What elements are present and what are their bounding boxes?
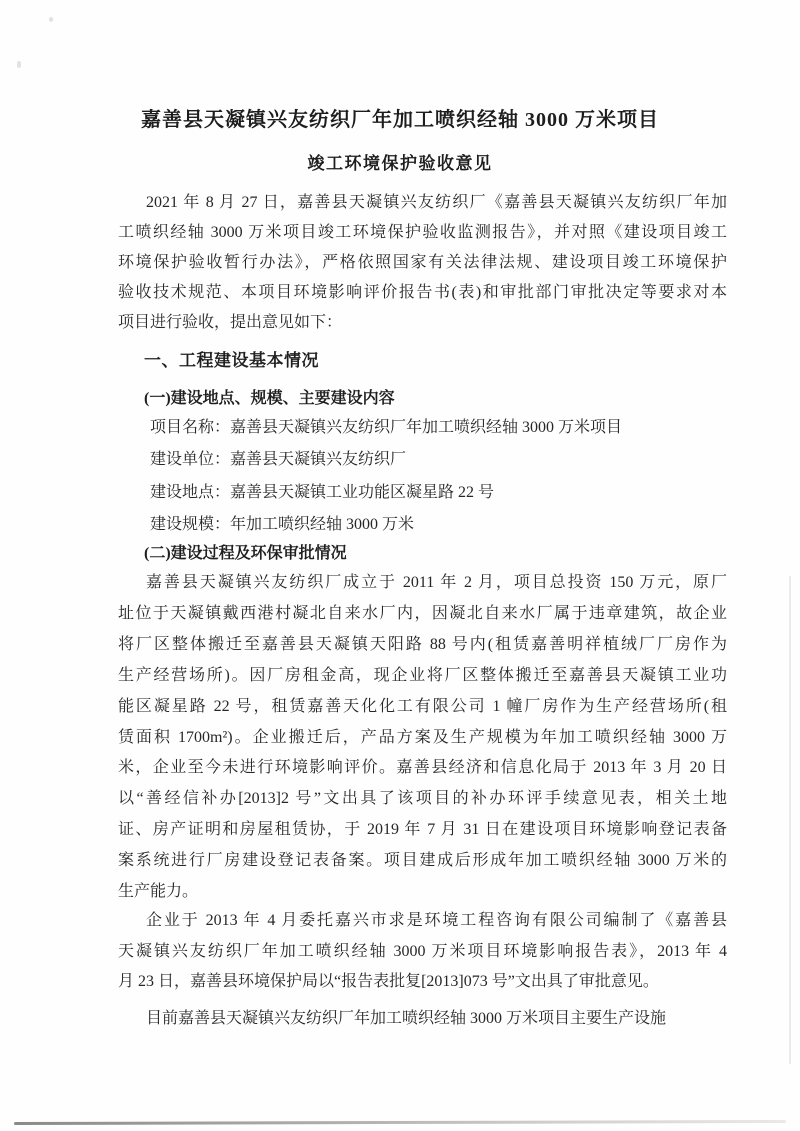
project-info-list: 项目名称：嘉善县天凝镇兴友纺织厂年加工喷织经轴 3000 万米项目建设单位：嘉善… xyxy=(118,412,759,542)
text-line: 生产经营场所)。因厂房租金高，现企业将厂区整体搬迁至嘉善县天凝镇工业功 xyxy=(118,661,727,692)
text-line: 赁面积 1700m²)。企业搬迁后，产品方案及生产规模为年加工喷织经轴 3000… xyxy=(118,723,727,754)
text-line: 证、房产证明和房屋租赁协，于 2019 年 7 月 31 日在建设项目环境影响登… xyxy=(118,815,727,846)
text-line: 嘉善县天凝镇兴友纺织厂成立于 2011 年 2 月，项目总投资 150 万元，原… xyxy=(118,568,727,599)
section-heading-basic-construction: 一、工程建设基本情况 xyxy=(118,346,753,371)
subsection-heading-location-scale: (一)建设地点、规模、主要建设内容 xyxy=(118,385,753,408)
scan-edge-right xyxy=(789,576,791,1064)
text-line: 址位于天凝镇戴西港村凝北自来水厂内，因凝北自来水厂属于违章建筑，故企业 xyxy=(118,599,727,630)
text-line: 建设单位：嘉善县天凝镇兴友纺织厂 xyxy=(150,444,759,476)
subsection-heading-process-approval: (二)建设过程及环保审批情况 xyxy=(118,540,753,563)
document-page: 嘉善县天凝镇兴友纺织厂年加工喷织经轴 3000 万米项目 竣工环境保护验收意见 … xyxy=(0,0,800,1131)
scan-edge-bottom xyxy=(14,1120,786,1125)
text-line: 建设规模：年加工喷织经轴 3000 万米 xyxy=(150,509,759,541)
text-line: 能区凝星路 22 号，租赁嘉善天化化工有限公司 1 幢厂房作为生产经营场所(租 xyxy=(118,692,727,723)
scan-speck xyxy=(49,17,53,22)
text-line: 案系统进行厂房建设登记表备案。项目建成后形成年加工喷织经轴 3000 万米的 xyxy=(118,846,727,877)
text-line: 米，企业至今未进行环境影响评价。嘉善县经济和信息化局于 2013 年 3 月 2… xyxy=(118,753,727,784)
text-line: 2021 年 8 月 27 日，嘉善县天凝镇兴友纺织厂《嘉善县天凝镇兴友纺织厂年… xyxy=(118,188,727,218)
text-line: 将厂区整体搬迁至嘉善县天凝镇天阳路 88 号内(租赁嘉善明祥植绒厂厂房作为 xyxy=(118,630,727,661)
text-line: 项目名称：嘉善县天凝镇兴友纺织厂年加工喷织经轴 3000 万米项目 xyxy=(150,412,759,444)
text-line: 目前嘉善县天凝镇兴友纺织厂年加工喷织经轴 3000 万米项目主要生产设施 xyxy=(118,1004,727,1034)
text-line: 建设地点：嘉善县天凝镇工业功能区凝星路 22 号 xyxy=(150,477,759,509)
text-line: 生产能力。 xyxy=(118,877,727,908)
production-facility-paragraph: 目前嘉善县天凝镇兴友纺织厂年加工喷织经轴 3000 万米项目主要生产设施 xyxy=(118,1004,727,1034)
eia-approval-paragraph: 企业于 2013 年 4 月委托嘉兴市求是环境工程咨询有限公司编制了《嘉善县天凝… xyxy=(118,906,727,998)
intro-paragraph: 2021 年 8 月 27 日，嘉善县天凝镇兴友纺织厂《嘉善县天凝镇兴友纺织厂年… xyxy=(118,188,727,338)
text-line: 月 23 日，嘉善县环境保护局以“报告表批复[2013]073 号”文出具了审批… xyxy=(118,967,727,998)
document-subtitle: 竣工环境保护验收意见 xyxy=(0,149,800,174)
text-line: 环境保护验收暂行办法》，严格依照国家有关法律法规、建设项目竣工环境保护 xyxy=(118,248,727,278)
text-line: 工喷织经轴 3000 万米项目竣工环境保护验收监测报告》，并对照《建设项目竣工 xyxy=(118,218,727,248)
construction-process-paragraph: 嘉善县天凝镇兴友纺织厂成立于 2011 年 2 月，项目总投资 150 万元，原… xyxy=(118,568,727,908)
document-title: 嘉善县天凝镇兴友纺织厂年加工喷织经轴 3000 万米项目 xyxy=(0,103,800,132)
text-line: 项目进行验收，提出意见如下： xyxy=(118,308,727,338)
scan-speck xyxy=(17,61,21,68)
text-line: 企业于 2013 年 4 月委托嘉兴市求是环境工程咨询有限公司编制了《嘉善县 xyxy=(118,906,727,937)
text-line: 验收技术规范、本项目环境影响评价报告书(表)和审批部门审批决定等要求对本 xyxy=(118,278,727,308)
text-line: 天凝镇兴友纺织厂年加工喷织经轴 3000 万米项目环境影响报告表》，2013 年… xyxy=(118,937,727,968)
text-line: 以“善经信补办[2013]2 号”文出具了该项目的补办环评手续意见表，相关土地 xyxy=(118,784,727,815)
